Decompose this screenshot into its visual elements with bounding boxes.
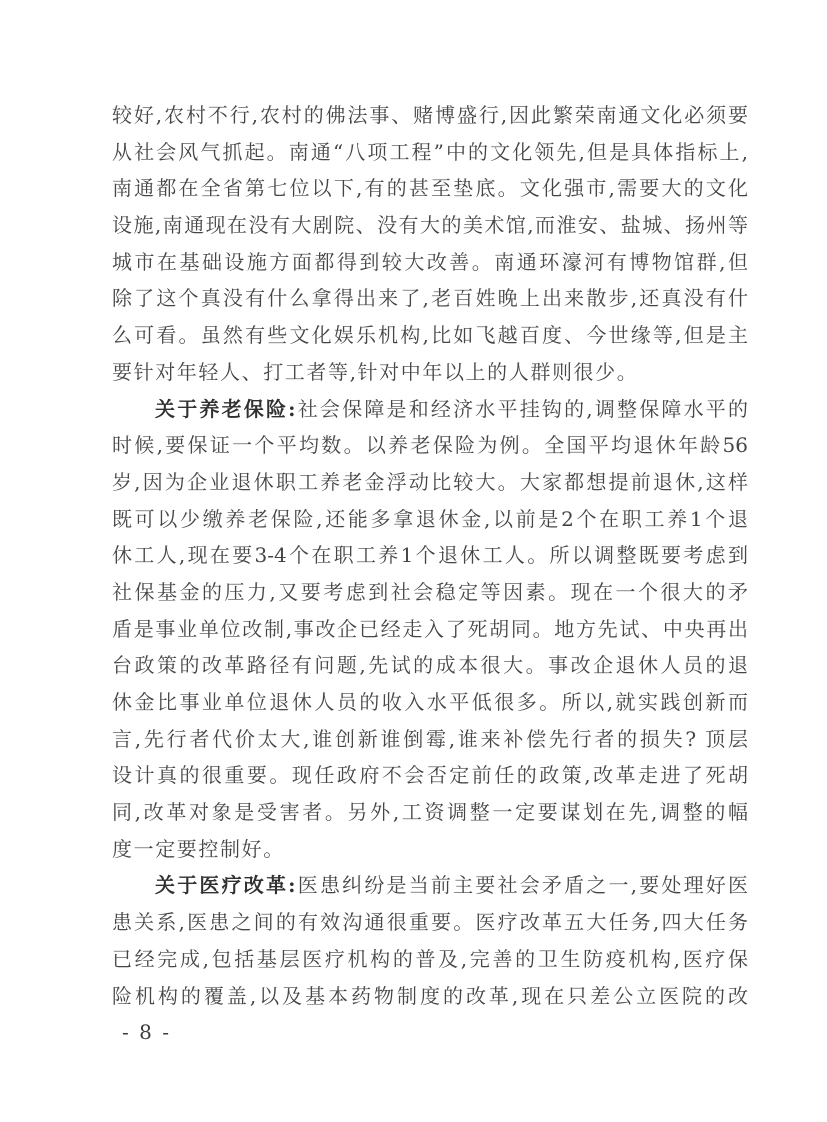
text-line: 社保基金的压力,又要考虑到社会稳定等因素。现在一个很大的矛 [112, 574, 748, 611]
text-line: 较好,农村不行,农村的佛法事、赌博盛行,因此繁荣南通文化必须要 [112, 97, 748, 134]
text-line: 关于医疗改革:医患纠纷是当前主要社会矛盾之一,要处理好医 [112, 867, 748, 904]
pension-lead-rest: 社会保障是和经济水平挂钩的,调整保障水平的 [296, 397, 748, 421]
pension-lead: 关于养老保险: [155, 397, 296, 421]
text-line: 从社会风气抓起。南通“八项工程”中的文化领先,但是具体指标上, [112, 134, 748, 171]
text-block: 较好,农村不行,农村的佛法事、赌博盛行,因此繁荣南通文化必须要 从社会风气抓起。… [112, 97, 748, 1014]
text-line: 城市在基础设施方面都得到较大改善。南通环濠河有博物馆群,但 [112, 244, 748, 281]
text-line: 岁,因为企业退休职工养老金浮动比较大。大家都想提前退休,这样 [112, 464, 748, 501]
paragraph-medical: 关于医疗改革:医患纠纷是当前主要社会矛盾之一,要处理好医 患关系,医患之间的有效… [112, 867, 748, 1014]
document-page: 较好,农村不行,农村的佛法事、赌博盛行,因此繁荣南通文化必须要 从社会风气抓起。… [0, 0, 827, 1122]
text-line: 已经完成,包括基层医疗机构的普及,完善的卫生防疫机构,医疗保 [112, 941, 748, 978]
text-line: 设施,南通现在没有大剧院、没有大的美术馆,而淮安、盐城、扬州等 [112, 207, 748, 244]
page-number: - 8 - [122, 1020, 171, 1044]
text-line: 除了这个真没有什么拿得出来了,老百姓晚上出来散步,还真没有什 [112, 280, 748, 317]
text-line: 关于养老保险:社会保障是和经济水平挂钩的,调整保障水平的 [112, 391, 748, 428]
medical-lead: 关于医疗改革: [155, 873, 296, 897]
text-line: 患关系,医患之间的有效沟通很重要。医疗改革五大任务,四大任务 [112, 904, 748, 941]
text-line: 休金比事业单位退休人员的收入水平低很多。所以,就实践创新而 [112, 684, 748, 721]
text-line: 么可看。虽然有些文化娱乐机构,比如飞越百度、今世缘等,但是主 [112, 317, 748, 354]
paragraph-culture: 较好,农村不行,农村的佛法事、赌博盛行,因此繁荣南通文化必须要 从社会风气抓起。… [112, 97, 748, 391]
text-line: 休工人,现在要3-4个在职工养1个退休工人。所以调整既要考虑到 [112, 537, 748, 574]
text-line: 设计真的很重要。现任政府不会否定前任的政策,改革走进了死胡 [112, 757, 748, 794]
text-line: 时候,要保证一个平均数。以养老保险为例。全国平均退休年龄56 [112, 427, 748, 464]
text-line: 言,先行者代价太大,谁创新谁倒霉,谁来补偿先行者的损失? 顶层 [112, 721, 748, 758]
paragraph-pension: 关于养老保险:社会保障是和经济水平挂钩的,调整保障水平的 时候,要保证一个平均数… [112, 391, 748, 868]
text-line: 度一定要控制好。 [112, 831, 748, 868]
medical-lead-rest: 医患纠纷是当前主要社会矛盾之一,要处理好医 [296, 873, 748, 897]
text-line: 台政策的改革路径有问题,先试的成本很大。事改企退休人员的退 [112, 647, 748, 684]
text-line: 同,改革对象是受害者。另外,工资调整一定要谋划在先,调整的幅 [112, 794, 748, 831]
text-line: 南通都在全省第七位以下,有的甚至垫底。文化强市,需要大的文化 [112, 170, 748, 207]
text-line: 险机构的覆盖,以及基本药物制度的改革,现在只差公立医院的改 [112, 978, 748, 1015]
text-line: 要针对年轻人、打工者等,针对中年以上的人群则很少。 [112, 354, 748, 391]
text-line: 盾是事业单位改制,事改企已经走入了死胡同。地方先试、中央再出 [112, 611, 748, 648]
text-line: 既可以少缴养老保险,还能多拿退休金,以前是2个在职工养1个退 [112, 501, 748, 538]
